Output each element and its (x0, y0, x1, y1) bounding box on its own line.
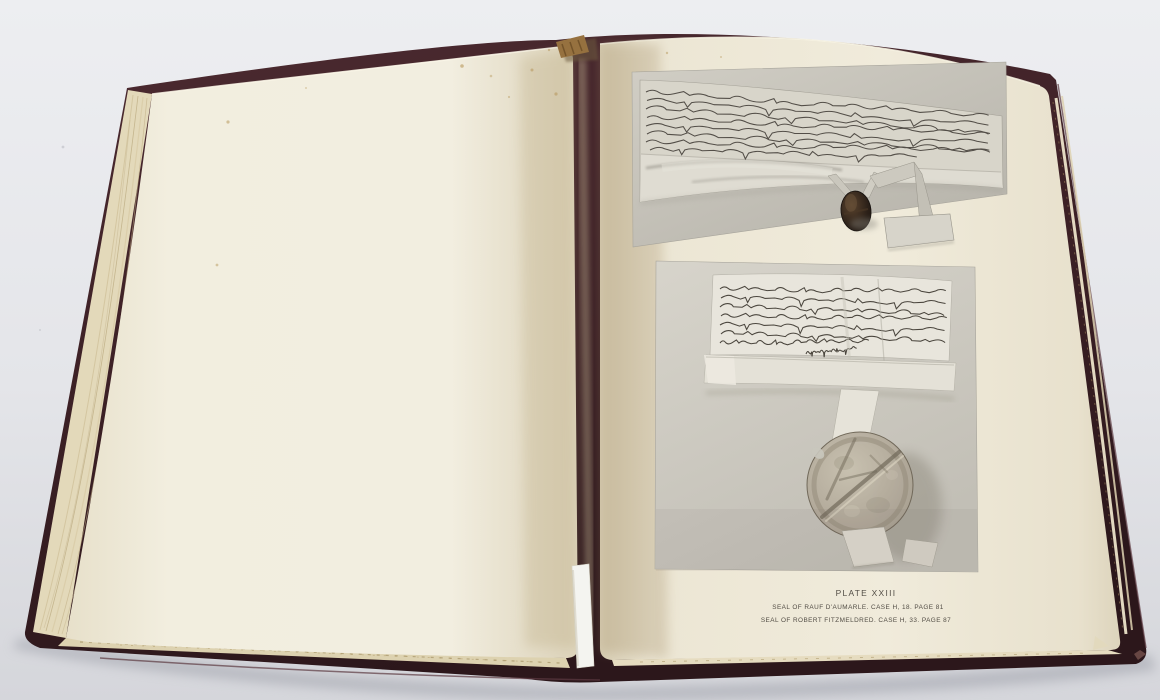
caption-line-2: SEAL OF ROBERT FITZMELDRED. CASE H, 33. … (761, 617, 951, 624)
caption-line-1: SEAL OF RAUF D'AUMARLE. CASE H, 18. PAGE… (772, 604, 944, 611)
plate-title: PLATE XXIII (836, 588, 897, 598)
dust-speck (39, 329, 41, 331)
left-page-gutter-shade (520, 50, 578, 648)
charter-parchment (710, 274, 952, 361)
book-photo: PLATE XXIII SEAL OF RAUF D'AUMARLE. CASE… (0, 0, 1160, 700)
foxing-speck (666, 52, 668, 54)
foxing-speck (720, 56, 722, 58)
photo-bottom-shade (656, 509, 977, 571)
dust-speck (62, 146, 65, 149)
figure-bottom-charter-photo (655, 261, 978, 572)
book-photograph-scene: PLATE XXIII SEAL OF RAUF D'AUMARLE. CASE… (0, 0, 1160, 700)
